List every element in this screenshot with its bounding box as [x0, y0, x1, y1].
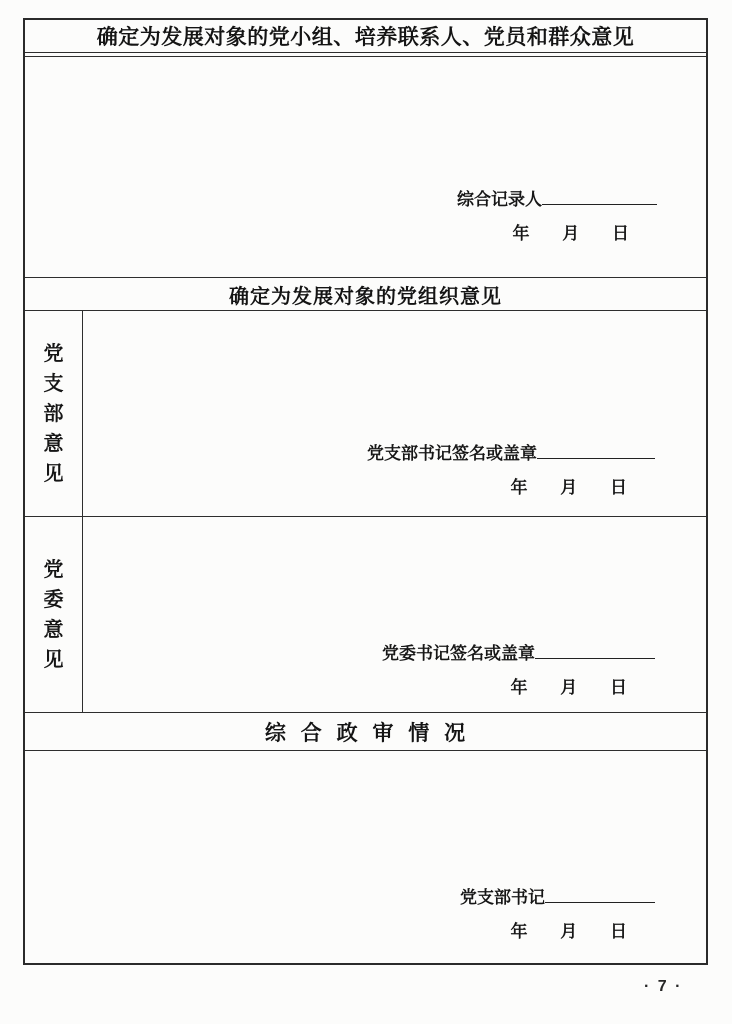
form-table: 确定为发展对象的党小组、培养联系人、党员和群众意见 综合记录人 年 月 日 确定…	[23, 18, 708, 965]
party-committee-opinion-row: 党委意见 党委书记签名或盖章 年 月 日	[25, 517, 706, 713]
party-branch-label-cell: 党支部意见	[25, 311, 83, 516]
scanned-form-page: 确定为发展对象的党小组、培养联系人、党员和群众意见 综合记录人 年 月 日 确定…	[0, 0, 732, 1024]
review-signature-block: 党支部书记 年 月 日	[460, 885, 655, 945]
party-committee-label-cell: 党委意见	[25, 517, 83, 712]
section-political-review-title: 综 合 政 审 情 况	[265, 717, 466, 747]
party-branch-signature-row: 党支部书记签名或盖章	[367, 441, 655, 467]
party-branch-signature-line	[537, 454, 655, 459]
party-branch-signature-label: 党支部书记签名或盖章	[367, 444, 537, 463]
party-committee-date-line: 年 月 日	[382, 675, 627, 701]
section-political-review-header: 综 合 政 审 情 况	[25, 713, 706, 751]
recorder-signature-row: 综合记录人	[457, 187, 657, 213]
political-review-cell: 党支部书记 年 月 日	[25, 751, 706, 963]
section-group-opinions-title: 确定为发展对象的党小组、培养联系人、党员和群众意见	[97, 21, 635, 51]
recorder-signature-block: 综合记录人 年 月 日	[457, 187, 657, 247]
party-committee-signature-block: 党委书记签名或盖章 年 月 日	[382, 641, 655, 701]
review-date-line: 年 月 日	[460, 919, 627, 945]
party-branch-content-cell: 党支部书记签名或盖章 年 月 日	[83, 311, 706, 516]
party-branch-label: 党支部意见	[43, 339, 64, 489]
review-signature-label: 党支部书记	[460, 888, 545, 907]
party-branch-signature-block: 党支部书记签名或盖章 年 月 日	[367, 441, 655, 501]
recorder-label: 综合记录人	[457, 190, 542, 209]
party-branch-date-line: 年 月 日	[367, 475, 627, 501]
party-committee-signature-row: 党委书记签名或盖章	[382, 641, 655, 667]
party-committee-signature-label: 党委书记签名或盖章	[382, 644, 535, 663]
recorder-signature-line	[542, 200, 657, 205]
page-number: · 7 ·	[644, 978, 682, 996]
party-committee-content-cell: 党委书记签名或盖章 年 月 日	[83, 517, 706, 712]
review-signature-line	[545, 898, 655, 903]
section-org-opinion-header: 确定为发展对象的党组织意见	[25, 277, 706, 311]
recorder-date-line: 年 月 日	[457, 221, 629, 247]
party-committee-signature-line	[535, 654, 655, 659]
party-branch-opinion-row: 党支部意见 党支部书记签名或盖章 年 月 日	[25, 311, 706, 517]
review-signature-row: 党支部书记	[460, 885, 655, 911]
party-committee-label: 党委意见	[43, 555, 64, 675]
section-org-opinion-title: 确定为发展对象的党组织意见	[229, 280, 502, 309]
section-group-opinions-header: 确定为发展对象的党小组、培养联系人、党员和群众意见	[25, 20, 706, 52]
group-opinions-cell: 综合记录人 年 月 日	[25, 57, 706, 277]
